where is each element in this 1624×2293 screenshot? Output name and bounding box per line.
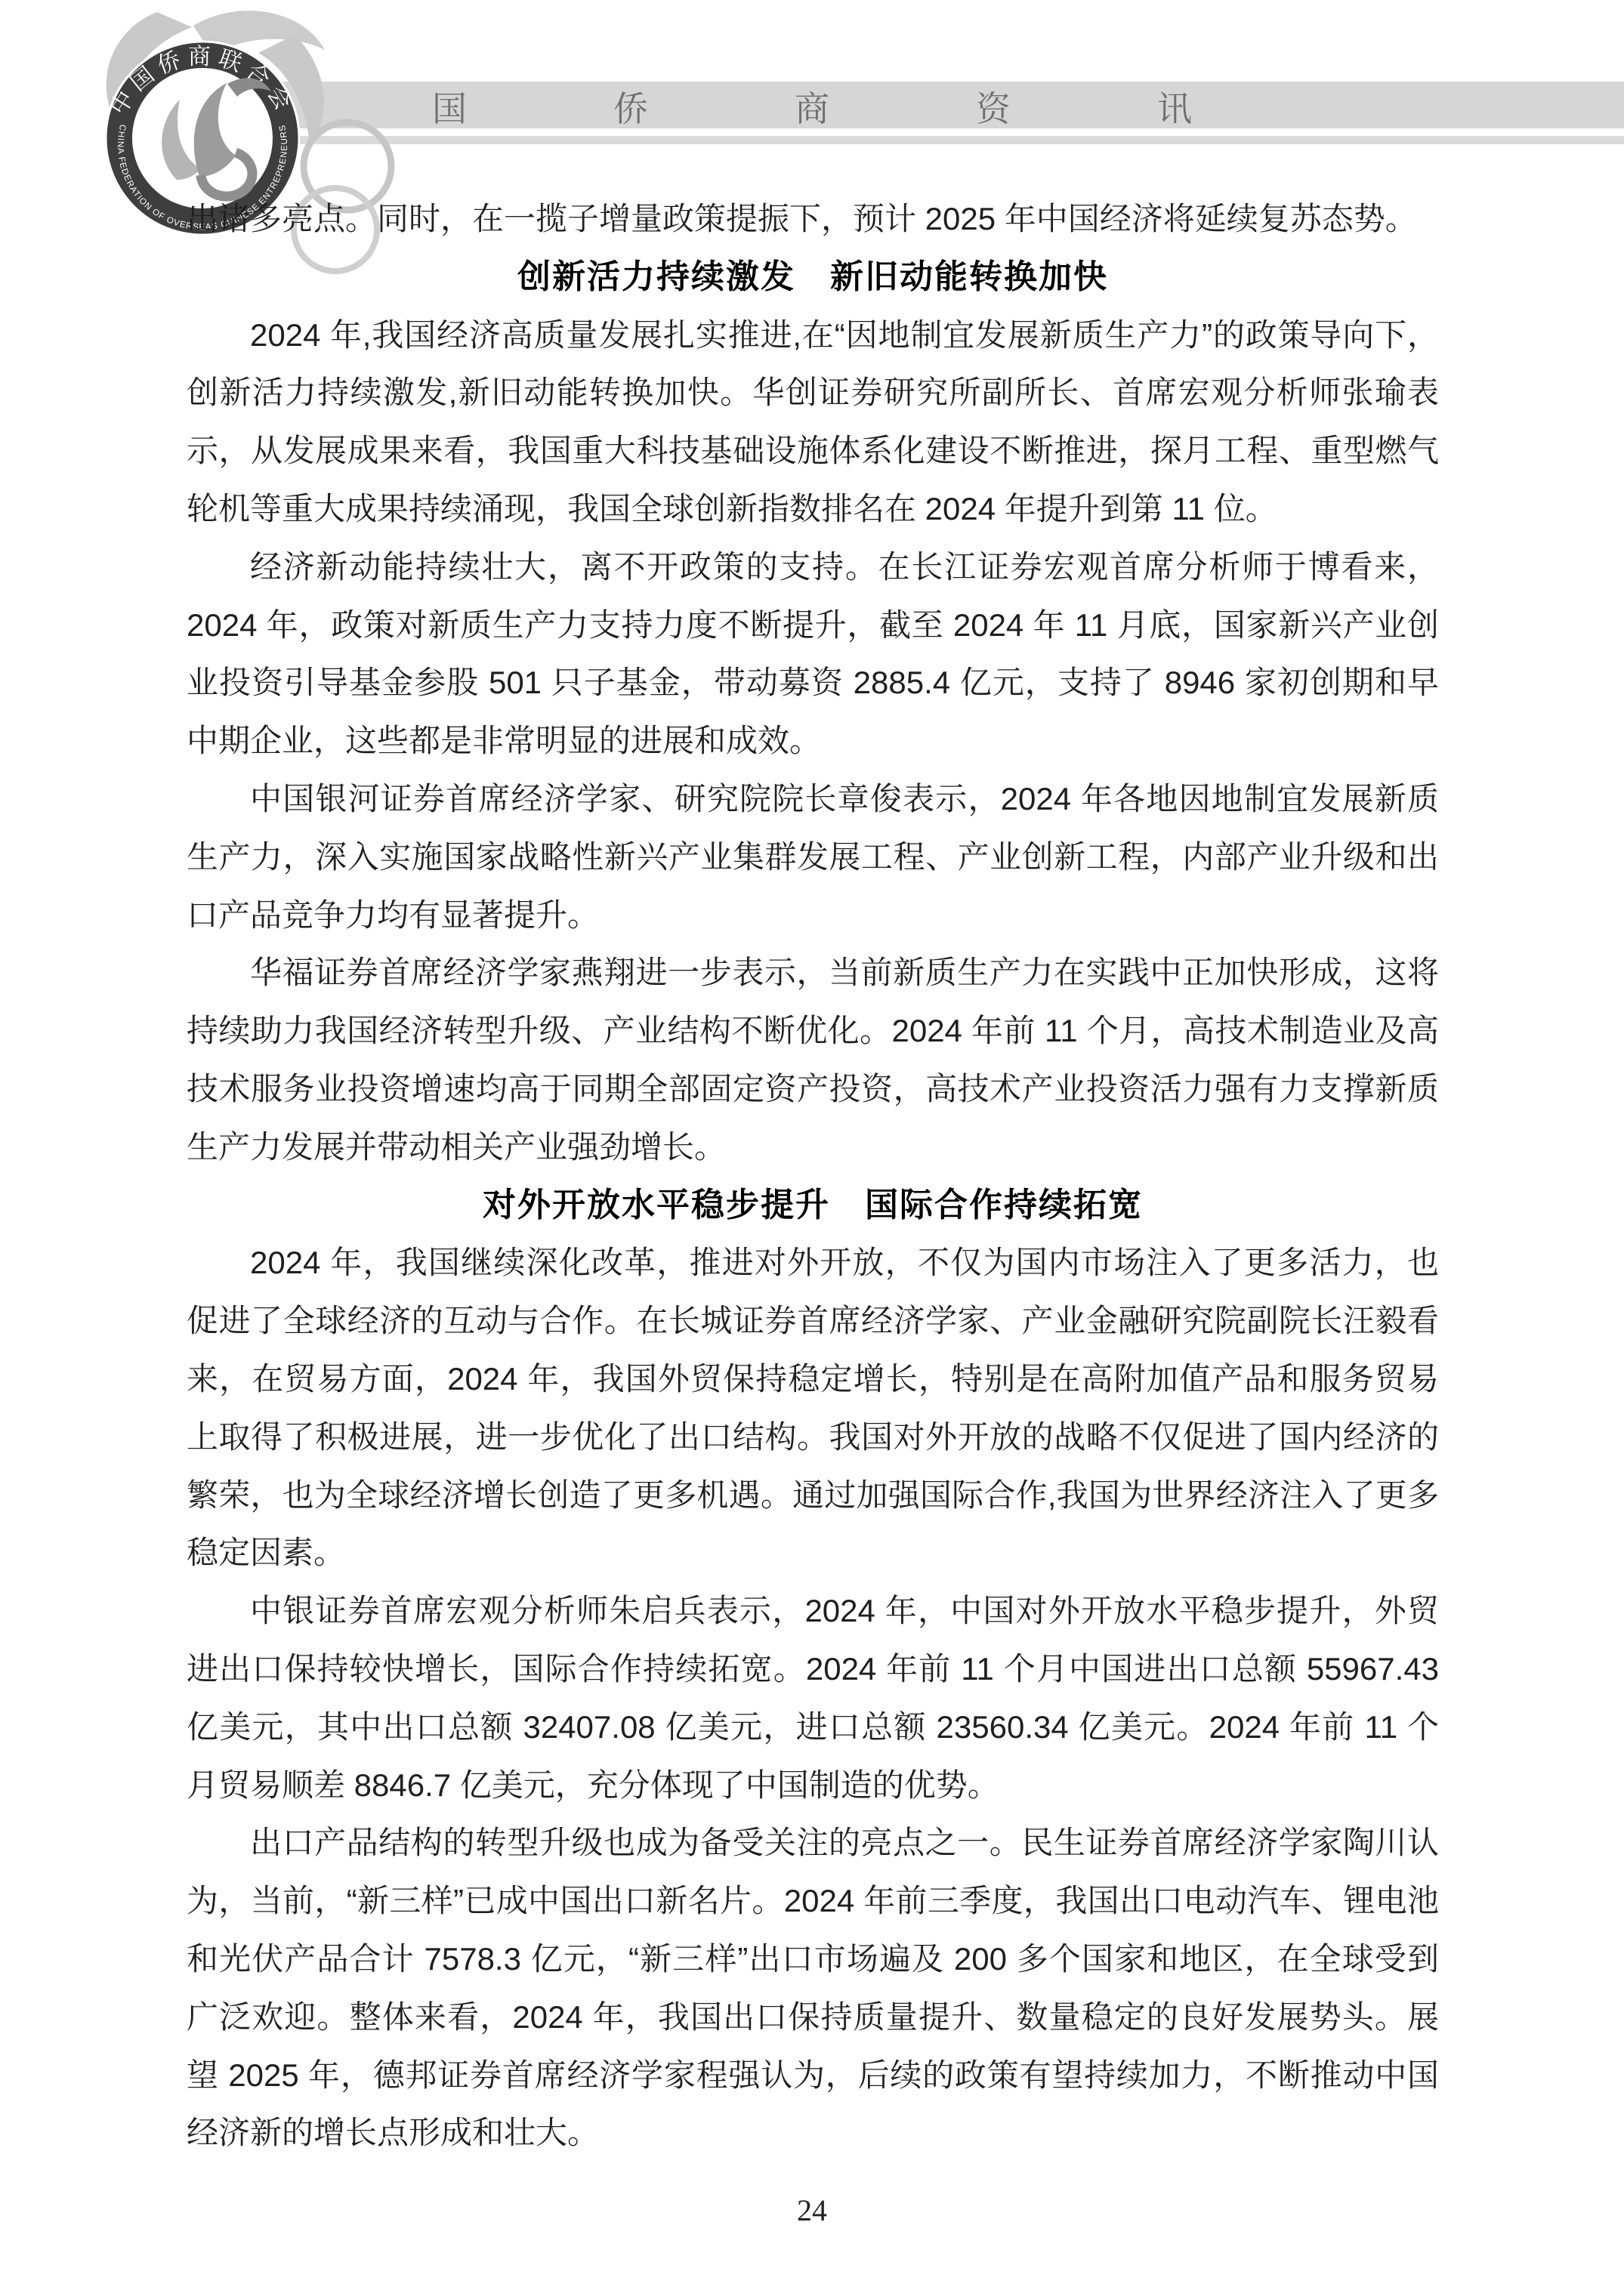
paragraph-continued: 出诸多亮点。同时，在一揽子增量政策提振下，预计 2025 年中国经济将延续复苏态…: [187, 190, 1439, 248]
paragraph: 2024 年,我国经济高质量发展扎实推进,在“因地制宜发展新质生产力”的政策导向…: [187, 307, 1439, 539]
article-body: 出诸多亮点。同时，在一揽子增量政策提振下，预计 2025 年中国经济将延续复苏态…: [187, 190, 1439, 2162]
section-heading-opening-up: 对外开放水平稳步提升 国际合作持续拓宽: [187, 1177, 1439, 1235]
paragraph: 出口产品结构的转型升级也成为备受关注的亮点之一。民生证券首席经济学家陶川认为，当…: [187, 1814, 1439, 2162]
page-number: 24: [0, 2193, 1624, 2228]
section-heading-innovation: 创新活力持续激发 新旧动能转换加快: [187, 248, 1439, 307]
document-page: 中 国 侨 商 资 讯 中国侨商联合会 CHINA FEDERATION OF …: [0, 0, 1624, 2293]
paragraph: 中银证券首席宏观分析师朱启兵表示，2024 年，中国对外开放水平稳步提升，外贸进…: [187, 1582, 1439, 1814]
paragraph: 中国银河证券首席经济学家、研究院院长章俊表示，2024 年各地因地制宜发展新质生…: [187, 770, 1439, 944]
paragraph: 2024 年，我国继续深化改革，推进对外开放，不仅为国内市场注入了更多活力，也促…: [187, 1234, 1439, 1582]
paragraph: 华福证券首席经济学家燕翔进一步表示，当前新质生产力在实践中正加快形成，这将持续助…: [187, 944, 1439, 1176]
paragraph: 经济新动能持续壮大，离不开政策的支持。在长江证券宏观首席分析师于博看来，2024…: [187, 539, 1439, 770]
